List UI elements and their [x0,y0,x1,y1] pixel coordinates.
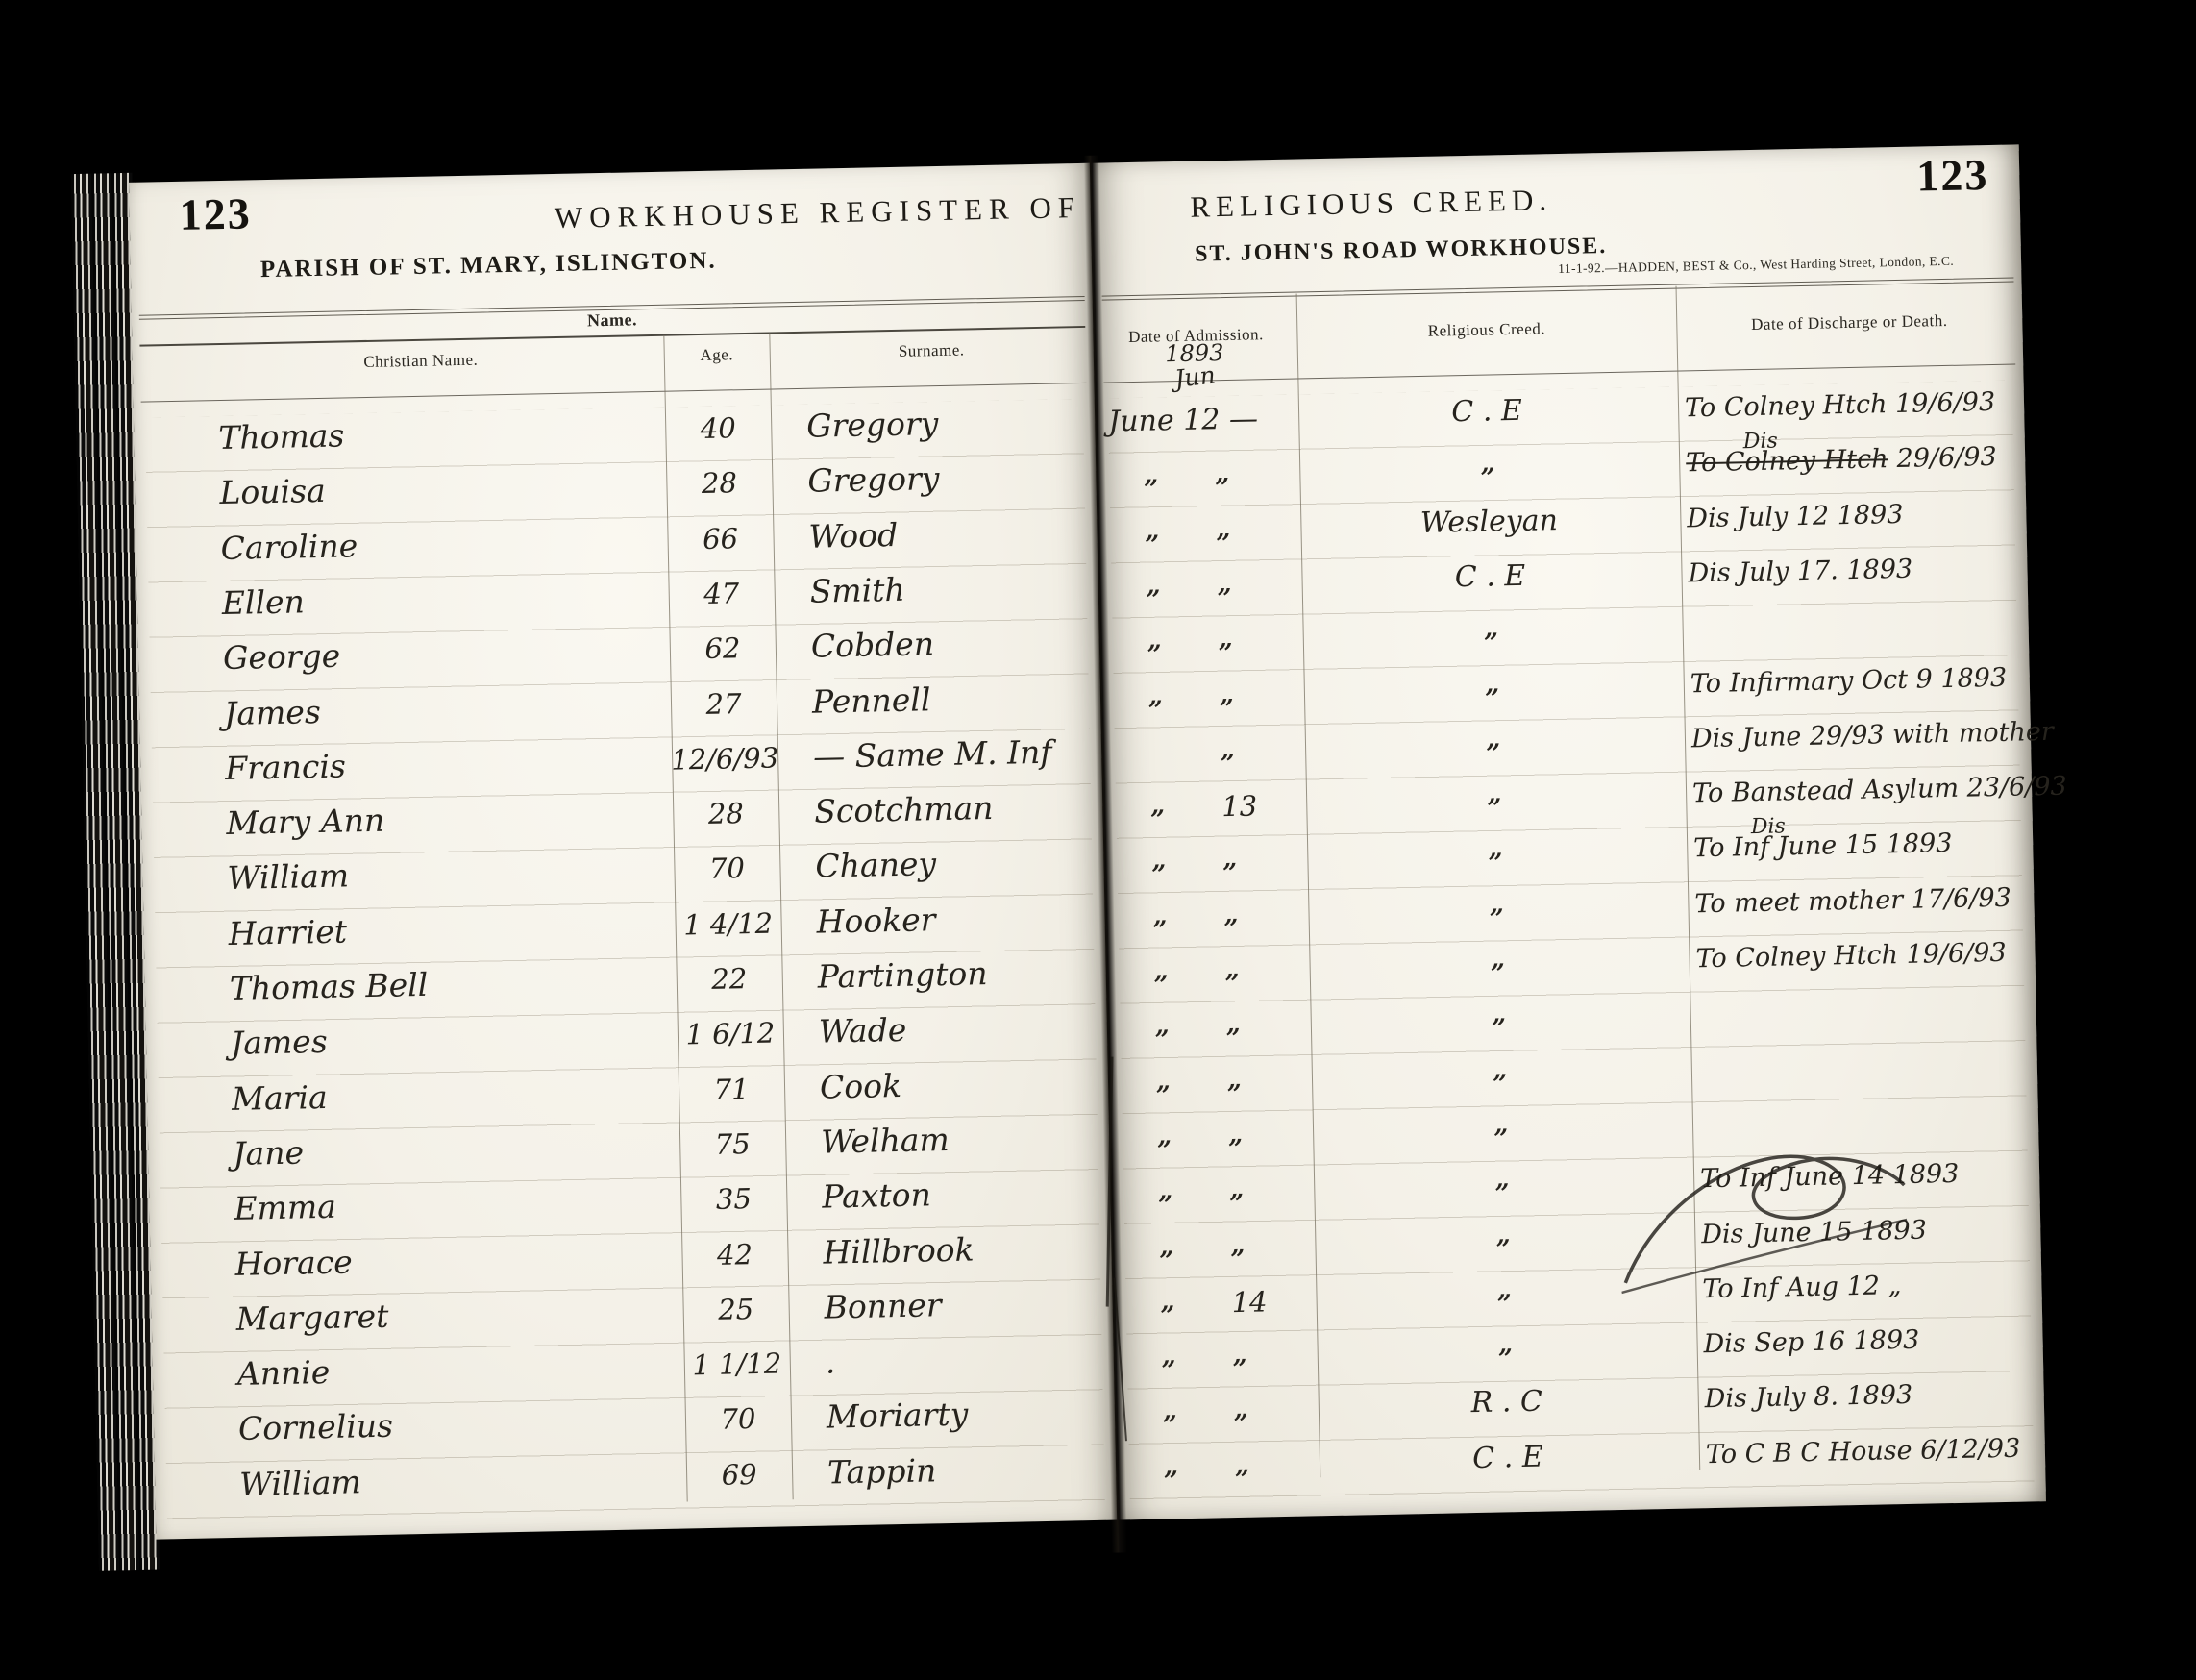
age-cell: 42 [680,1237,789,1272]
age-cell: 22 [675,961,783,996]
discharge-text: To meet mother 17/6/93 [1694,882,2011,919]
surname-cell: Wood [808,511,1102,555]
creed-cell: C . E [1302,556,1678,598]
admission-cell: „„ [1108,509,1300,513]
age-cell: 27 [670,686,778,721]
col-header-age: Age. [664,345,770,366]
age-cell: 70 [684,1402,793,1437]
discharge-text: To Infirmary Oct 9 1893 [1690,662,2008,699]
admission-cell: „„ [1115,840,1307,844]
creed-cell: C . E [1299,391,1675,432]
discharge-cell [1689,607,2027,614]
admission-day-ditto: „ [1220,679,1235,708]
age-cell: 75 [679,1126,787,1161]
creed-ditto-cell: „ [1300,446,1676,482]
christian-name-cell: Margaret [235,1291,679,1337]
discharge-cell: Dis July 8. 1893 [1704,1378,2043,1415]
christian-name-cell: Jane [233,1126,676,1173]
admission-day-ditto: „ [1222,845,1238,874]
discharge-struck-text: To Colney Htch [1686,444,1888,478]
age-cell: 28 [665,466,774,501]
discharge-text: Dis Sep 16 1893 [1703,1325,1919,1360]
admission-day-ditto: „ [1218,625,1233,654]
right-page-title: RELIGIOUS CREED. [1101,181,1641,226]
left-page-title: WORKHOUSE REGISTER OF [555,190,1074,235]
christian-name-cell: Mary Ann [226,796,669,842]
creed-ditto-cell: „ [1309,886,1685,923]
admission-day: 14 [1231,1285,1268,1319]
age-cell: 1 1/12 [683,1346,792,1381]
admission-cell: June 12 — [1106,400,1298,404]
christian-name-cell: Louisa [219,465,662,511]
admission-month-squiggle: Jun [1173,362,1217,390]
admission-month-ditto: „ [1145,516,1160,545]
admission-cell: „13 [1114,785,1306,789]
admission-cell: „14 [1123,1280,1316,1284]
admission-cell: „„ [1126,1391,1319,1395]
scanned-register-photo: 123 WORKHOUSE REGISTER OF PARISH OF ST. … [0,0,2196,1680]
admission-month-ditto: „ [1160,1287,1175,1316]
discharge-text: To Inf June 15 1893 [1693,828,1953,863]
age-cell: 12/6/93 [671,741,779,776]
admission-month-ditto: „ [1155,1012,1171,1041]
age-cell: 47 [667,576,776,610]
age-cell: 25 [681,1292,790,1326]
creed-ditto-cell: „ [1313,1051,1689,1088]
col-header-creed: Religious Creed. [1296,317,1676,344]
surname-cell: Hooker [816,897,1110,940]
admission-day-ditto: „ [1235,1450,1250,1479]
admission-cell: „„ [1120,1060,1312,1064]
discharge-cell: To Colney Htch 19/6/93 [1695,937,2035,974]
surname-cell: Gregory [807,457,1101,500]
christian-name-cell: Thomas Bell [229,961,672,1007]
christian-name-cell: James [224,685,667,731]
discharge-text: To Colney Htch 19/6/93 [1685,387,1996,423]
age-cell: 69 [685,1457,794,1492]
age-cell: 1 6/12 [677,1017,785,1051]
creed-ditto-cell: „ [1310,942,1686,978]
christian-name-cell: Maria [232,1071,675,1117]
col-header-surname: Surname. [770,338,1094,364]
admission-cell: „„ [1121,1115,1313,1119]
admission-cell: „„ [1112,675,1304,679]
creed-ditto-cell: „ [1303,611,1679,648]
admission-day: 13 [1221,790,1258,824]
admission-cell: „„ [1109,564,1301,568]
age-cell: 62 [669,631,777,666]
admission-day-ditto: „ [1215,459,1230,488]
admission-month-ditto: „ [1150,791,1166,820]
age-cell: 71 [678,1072,786,1106]
admission-month-ditto: „ [1148,681,1164,710]
surname-cell: Gregory [806,402,1100,445]
admission-cell: „„ [1107,455,1299,458]
surname-cell: Cobden [810,622,1104,665]
discharge-note-above: Dis [1751,815,1786,840]
age-cell: 40 [664,411,773,446]
discharge-cell: Dis Sep 16 1893 [1703,1322,2042,1359]
admission-month-ditto: „ [1144,461,1159,490]
admission-day-ditto: „ [1226,1010,1242,1039]
christian-name-cell: Caroline [220,520,663,566]
christian-name-cell: James [231,1016,674,1062]
discharge-cell: Dis July 12 1893 [1687,497,2026,533]
discharge-text: Dis June 29/93 with mother [1691,717,2054,754]
admission-cell: „„ [1122,1171,1314,1174]
age-cell: 35 [679,1182,788,1217]
christian-name-cell: Ellen [221,576,664,622]
admission-month-ditto: „ [1156,1067,1172,1096]
christian-name-cell: Horace [234,1236,678,1282]
christian-name-cell: George [223,630,666,677]
age-cell: 66 [666,521,775,556]
admission-month-ditto: „ [1159,1232,1174,1261]
surname-cell: Welham [821,1117,1115,1160]
admission-cell: „„ [1110,620,1302,624]
admission-day-ditto: „ [1234,1396,1249,1424]
admission-day-ditto: „ [1217,570,1232,599]
admission-month-ditto: „ [1158,1176,1173,1205]
christian-name-cell: William [227,851,670,897]
admission-month-ditto: „ [1157,1122,1172,1150]
surname-cell: Paxton [822,1173,1116,1216]
surname-cell: Hillbrook [823,1227,1117,1271]
creed-ditto-cell: „ [1307,777,1683,813]
surname-cell: . [825,1338,1119,1381]
discharge-text: Dis July 12 1893 [1687,499,1904,533]
discharge-text: To C B C House 6/12/93 [1706,1433,2021,1470]
discharge-cell [1698,1048,2036,1054]
admission-date: June 12 — [1108,402,1258,438]
surname-cell: Bonner [824,1282,1118,1325]
christian-name-cell: William [239,1456,682,1502]
admission-cell: „„ [1123,1225,1315,1229]
christian-name-cell: Cornelius [238,1401,681,1447]
left-page-subtitle: PARISH OF ST. MARY, ISLINGTON. [260,248,717,284]
discharge-note-above: Dis [1743,430,1778,455]
surname-cell: Pennell [812,677,1106,720]
discharge-cell: Dis July 17. 1893 [1688,552,2027,588]
surname-cell: — Same M. Inf [813,731,1107,775]
admission-day-ditto: „ [1227,1065,1243,1094]
creed-ditto-cell: „ [1311,997,1687,1033]
creed-cell: C . E [1320,1437,1696,1478]
creed-ditto-cell: „ [1306,721,1682,757]
admission-month-ditto: „ [1152,902,1168,930]
admission-month-ditto: „ [1153,956,1169,985]
ink-scrawl [1618,1125,1911,1304]
admission-day-ditto: „ [1232,1341,1247,1370]
discharge-text: To Colney Htch 19/6/93 [1695,938,2007,974]
creed-ditto-cell: „ [1305,666,1681,703]
surname-cell: Wade [819,1007,1113,1050]
admission-cell: „„ [1116,895,1308,899]
admission-cell: „„ [1117,950,1309,953]
discharge-text: To Banstead Asylum 23/6/93 [1692,772,2067,809]
christian-name-cell: Francis [225,741,668,787]
admission-day-ditto: „ [1224,955,1240,984]
admission-cell: „„ [1127,1445,1320,1449]
admission-year-note: 1893 Jun [1132,340,1258,390]
admission-month-ditto: „ [1151,847,1167,876]
right-page-number: 123 [1916,149,1989,201]
discharge-cell: To Colney Htch 19/6/93 [1685,386,2024,423]
col-header-discharge: Date of Discharge or Death. [1676,309,2022,335]
discharge-text: 29/6/93 [1896,442,1997,474]
open-register-book: 123 WORKHOUSE REGISTER OF PARISH OF ST. … [129,144,2046,1539]
admission-month-ditto: „ [1163,1397,1178,1426]
creed-ditto-cell: „ [1318,1327,1693,1364]
surname-cell: Tappin [827,1447,1122,1491]
discharge-cell: Dis June 29/93 with mother [1691,717,2031,754]
admission-month-ditto: „ [1146,571,1161,600]
admission-cell: „„ [1124,1335,1317,1339]
surname-cell: Partington [817,952,1111,996]
creed-cell: Wesleyan [1301,501,1677,542]
surname-cell: Cook [820,1062,1114,1105]
age-cell: 28 [672,797,780,831]
col-header-christian-name: Christian Name. [190,347,652,376]
discharge-text: Dis July 17. 1893 [1688,555,1912,589]
creed-cell: R . C [1319,1382,1694,1423]
discharge-text: Dis July 8. 1893 [1704,1380,1912,1414]
header-top-rule [1102,278,2014,301]
left-page-number: 123 [179,187,252,239]
age-cell: 70 [673,852,781,886]
discharge-cell [1699,1102,2037,1109]
header-bottom-rule [141,383,1087,403]
discharge-cell: To meet mother 17/6/93 [1694,882,2034,919]
discharge-cell: DisTo Inf June 15 1893 [1693,828,2033,864]
admission-day-ditto: „ [1229,1175,1245,1204]
admission-month-ditto: „ [1147,627,1163,655]
admission-day-ditto: „ [1230,1230,1246,1259]
admission-day-ditto: „ [1221,735,1236,764]
surname-cell: Moriarty [827,1393,1121,1436]
admission-day-ditto: „ [1228,1121,1244,1149]
register-rows: Thomas40GregoryJune 12 —C . ETo Colney H… [134,380,2046,1522]
discharge-cell: DisTo Colney Htch29/6/93 [1686,442,2025,479]
admission-cell: „ [1113,729,1305,733]
discharge-cell: To C B C House 6/12/93 [1706,1433,2045,1470]
christian-name-cell: Emma [234,1181,677,1227]
surname-cell: Smith [809,567,1103,610]
admission-day-ditto: „ [1223,901,1239,929]
surname-cell: Scotchman [814,787,1108,830]
admission-day-ditto: „ [1216,515,1231,544]
discharge-cell: To Infirmary Oct 9 1893 [1690,662,2030,699]
christian-name-cell: Annie [237,1346,680,1393]
surname-cell: Chaney [815,842,1109,885]
christian-name-cell: Harriet [228,905,671,951]
admission-month-ditto: „ [1161,1342,1176,1371]
creed-ditto-cell: „ [1308,831,1684,868]
admission-cell: „„ [1118,1005,1310,1009]
discharge-cell: To Banstead Asylum 23/6/93 [1692,772,2032,808]
christian-name-cell: Thomas [218,410,661,457]
age-cell: 1 4/12 [674,906,782,941]
admission-month-ditto: „ [1164,1452,1179,1481]
discharge-cell [1696,993,2035,1000]
